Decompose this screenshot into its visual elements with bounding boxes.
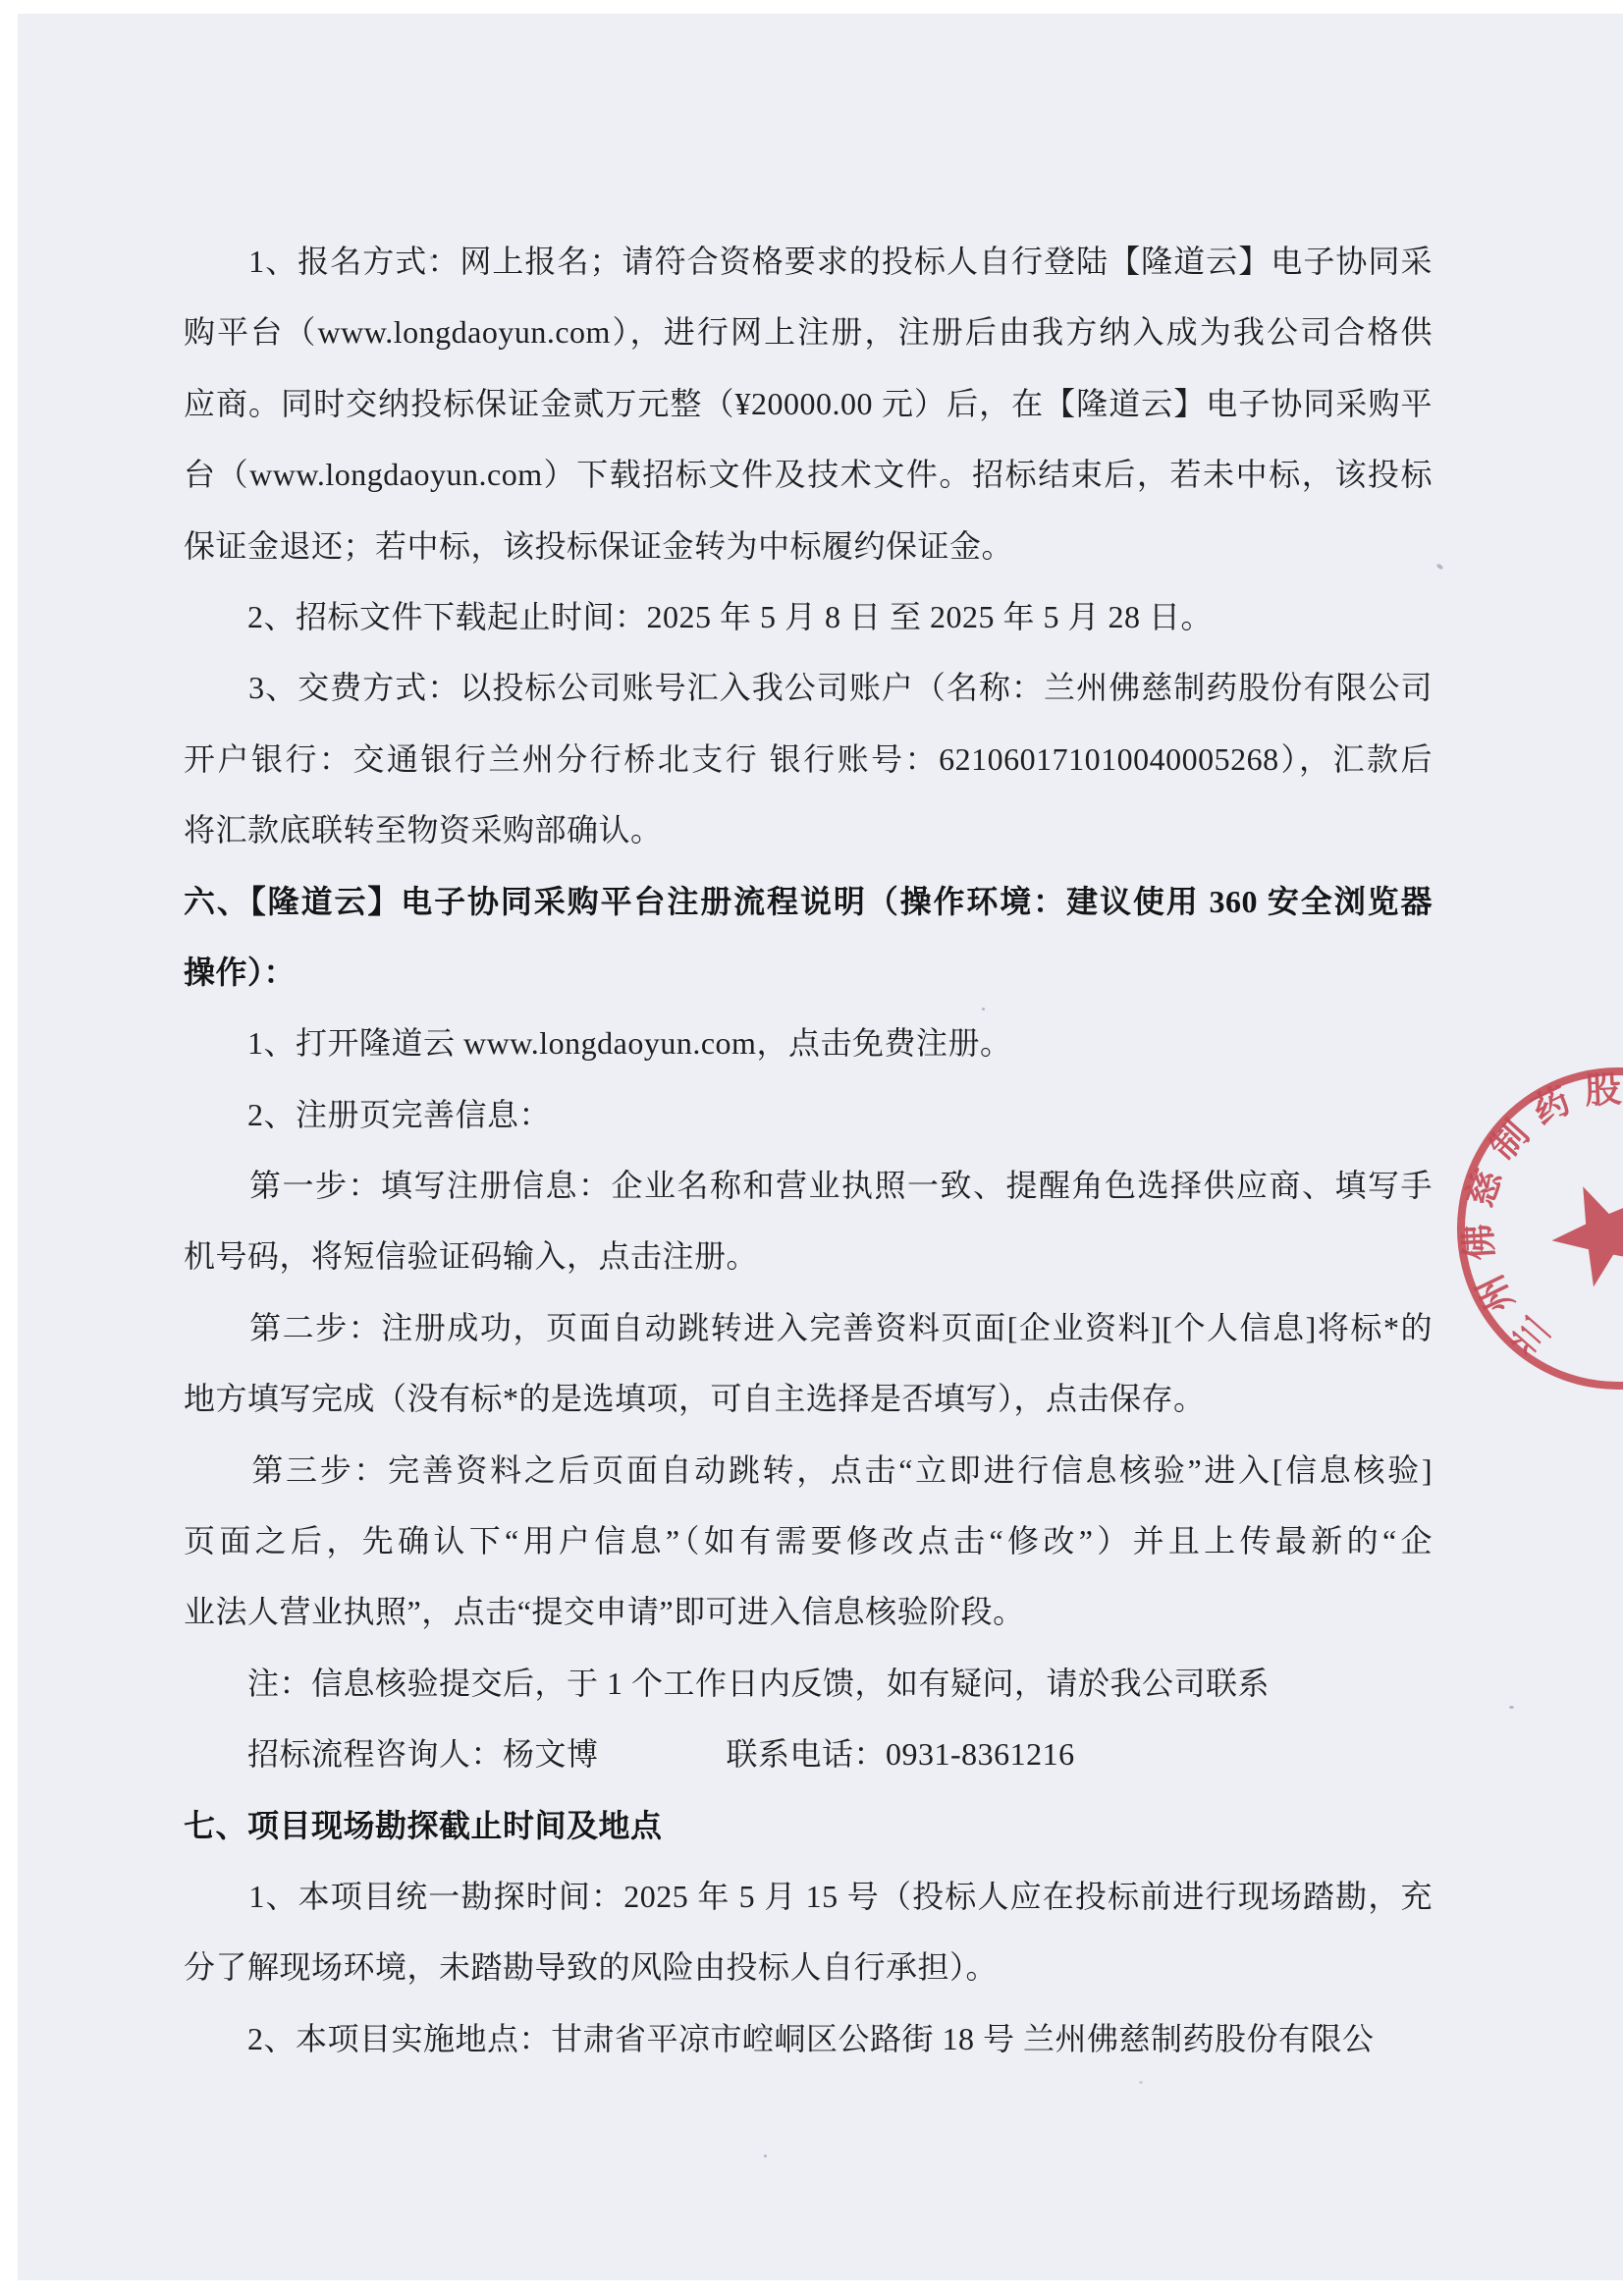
text-line: 分了解现场环境，未踏勘导致的风险由投标人自行承担）。 [184, 1932, 1433, 2002]
scan-speck [1139, 2081, 1143, 2084]
text-line: 应商。同时交纳投标保证金贰万元整（¥20000.00 元）后，在【隆道云】电子协… [184, 368, 1433, 439]
scan-speck [1509, 1706, 1514, 1709]
contact-line: 招标流程咨询人：杨文博 联系电话：0931-8361216 [184, 1719, 1433, 1789]
text-line: 1、报名方式：网上报名；请符合资格要求的投标人自行登陆【隆道云】电子协同采 [184, 226, 1433, 297]
text-line: 保证金退还；若中标，该投标保证金转为中标履约保证金。 [184, 511, 1433, 581]
text-line: 3、交费方式：以投标公司账号汇入我公司账户（名称：兰州佛慈制药股份有限公司 [184, 652, 1433, 723]
text-line: 机号码，将短信验证码输入，点击注册。 [184, 1221, 1433, 1291]
company-seal-stamp: 兰州佛慈制药股份有限公司 6 2 0 1 0 [1422, 1032, 1623, 1425]
section-heading-seven: 七、项目现场勘探截止时间及地点 [184, 1790, 1433, 1861]
text-line: 2、本项目实施地点：甘肃省平凉市崆峒区公路街 18 号 兰州佛慈制药股份有限公 [184, 2003, 1433, 2074]
scan-speck [764, 2155, 767, 2158]
text-line: 第一步：填写注册信息：企业名称和营业执照一致、提醒角色选择供应商、填写手 [184, 1150, 1433, 1221]
text-line: 将汇款底联转至物资采购部确认。 [184, 794, 1433, 865]
text-line: 注：信息核验提交后，于 1 个工作日内反馈，如有疑问，请於我公司联系 [184, 1648, 1433, 1719]
text-line: 1、打开隆道云 www.longdaoyun.com，点击免费注册。 [184, 1008, 1433, 1078]
text-line: 地方填写完成（没有标*的是选填项，可自主选择是否填写），点击保存。 [184, 1363, 1433, 1434]
text-line: 台（www.longdaoyun.com）下载招标文件及技术文件。招标结束后，若… [184, 439, 1433, 510]
text-line: 开户银行：交通银行兰州分行桥北支行 银行账号：62106017101004000… [184, 724, 1433, 794]
text-line: 1、本项目统一勘探时间：2025 年 5 月 15 号（投标人应在投标前进行现场… [184, 1861, 1433, 1932]
text-line: 页面之后，先确认下“用户信息”（如有需要修改点击“修改”）并且上传最新的“企 [184, 1505, 1433, 1576]
text-block: 1、报名方式：网上报名；请符合资格要求的投标人自行登陆【隆道云】电子协同采 购平… [184, 226, 1433, 2074]
text-line: 业法人营业执照”，点击“提交申请”即可进入信息核验阶段。 [184, 1576, 1433, 1647]
scanned-page: 1、报名方式：网上报名；请符合资格要求的投标人自行登陆【隆道云】电子协同采 购平… [18, 14, 1623, 2280]
section-heading-six-cont: 操作）： [184, 937, 1433, 1008]
scan-speck [1435, 563, 1443, 570]
text-line: 2、注册页完善信息： [184, 1079, 1433, 1150]
text-line: 购平台（www.longdaoyun.com），进行网上注册，注册后由我方纳入成… [184, 297, 1433, 367]
text-line: 2、招标文件下载起止时间：2025 年 5 月 8 日 至 2025 年 5 月… [184, 581, 1433, 652]
text-line: 第三步：完善资料之后页面自动跳转，点击“立即进行信息核验”进入[信息核验] [184, 1435, 1433, 1505]
seal-star-icon [1537, 1166, 1623, 1294]
section-heading-six: 六、【隆道云】电子协同采购平台注册流程说明（操作环境：建议使用 360 安全浏览… [184, 866, 1433, 937]
scan-speck [430, 256, 433, 259]
scan-speck [982, 1008, 985, 1011]
text-line: 第二步：注册成功，页面自动跳转进入完善资料页面[企业资料][个人信息]将标*的 [184, 1292, 1433, 1363]
